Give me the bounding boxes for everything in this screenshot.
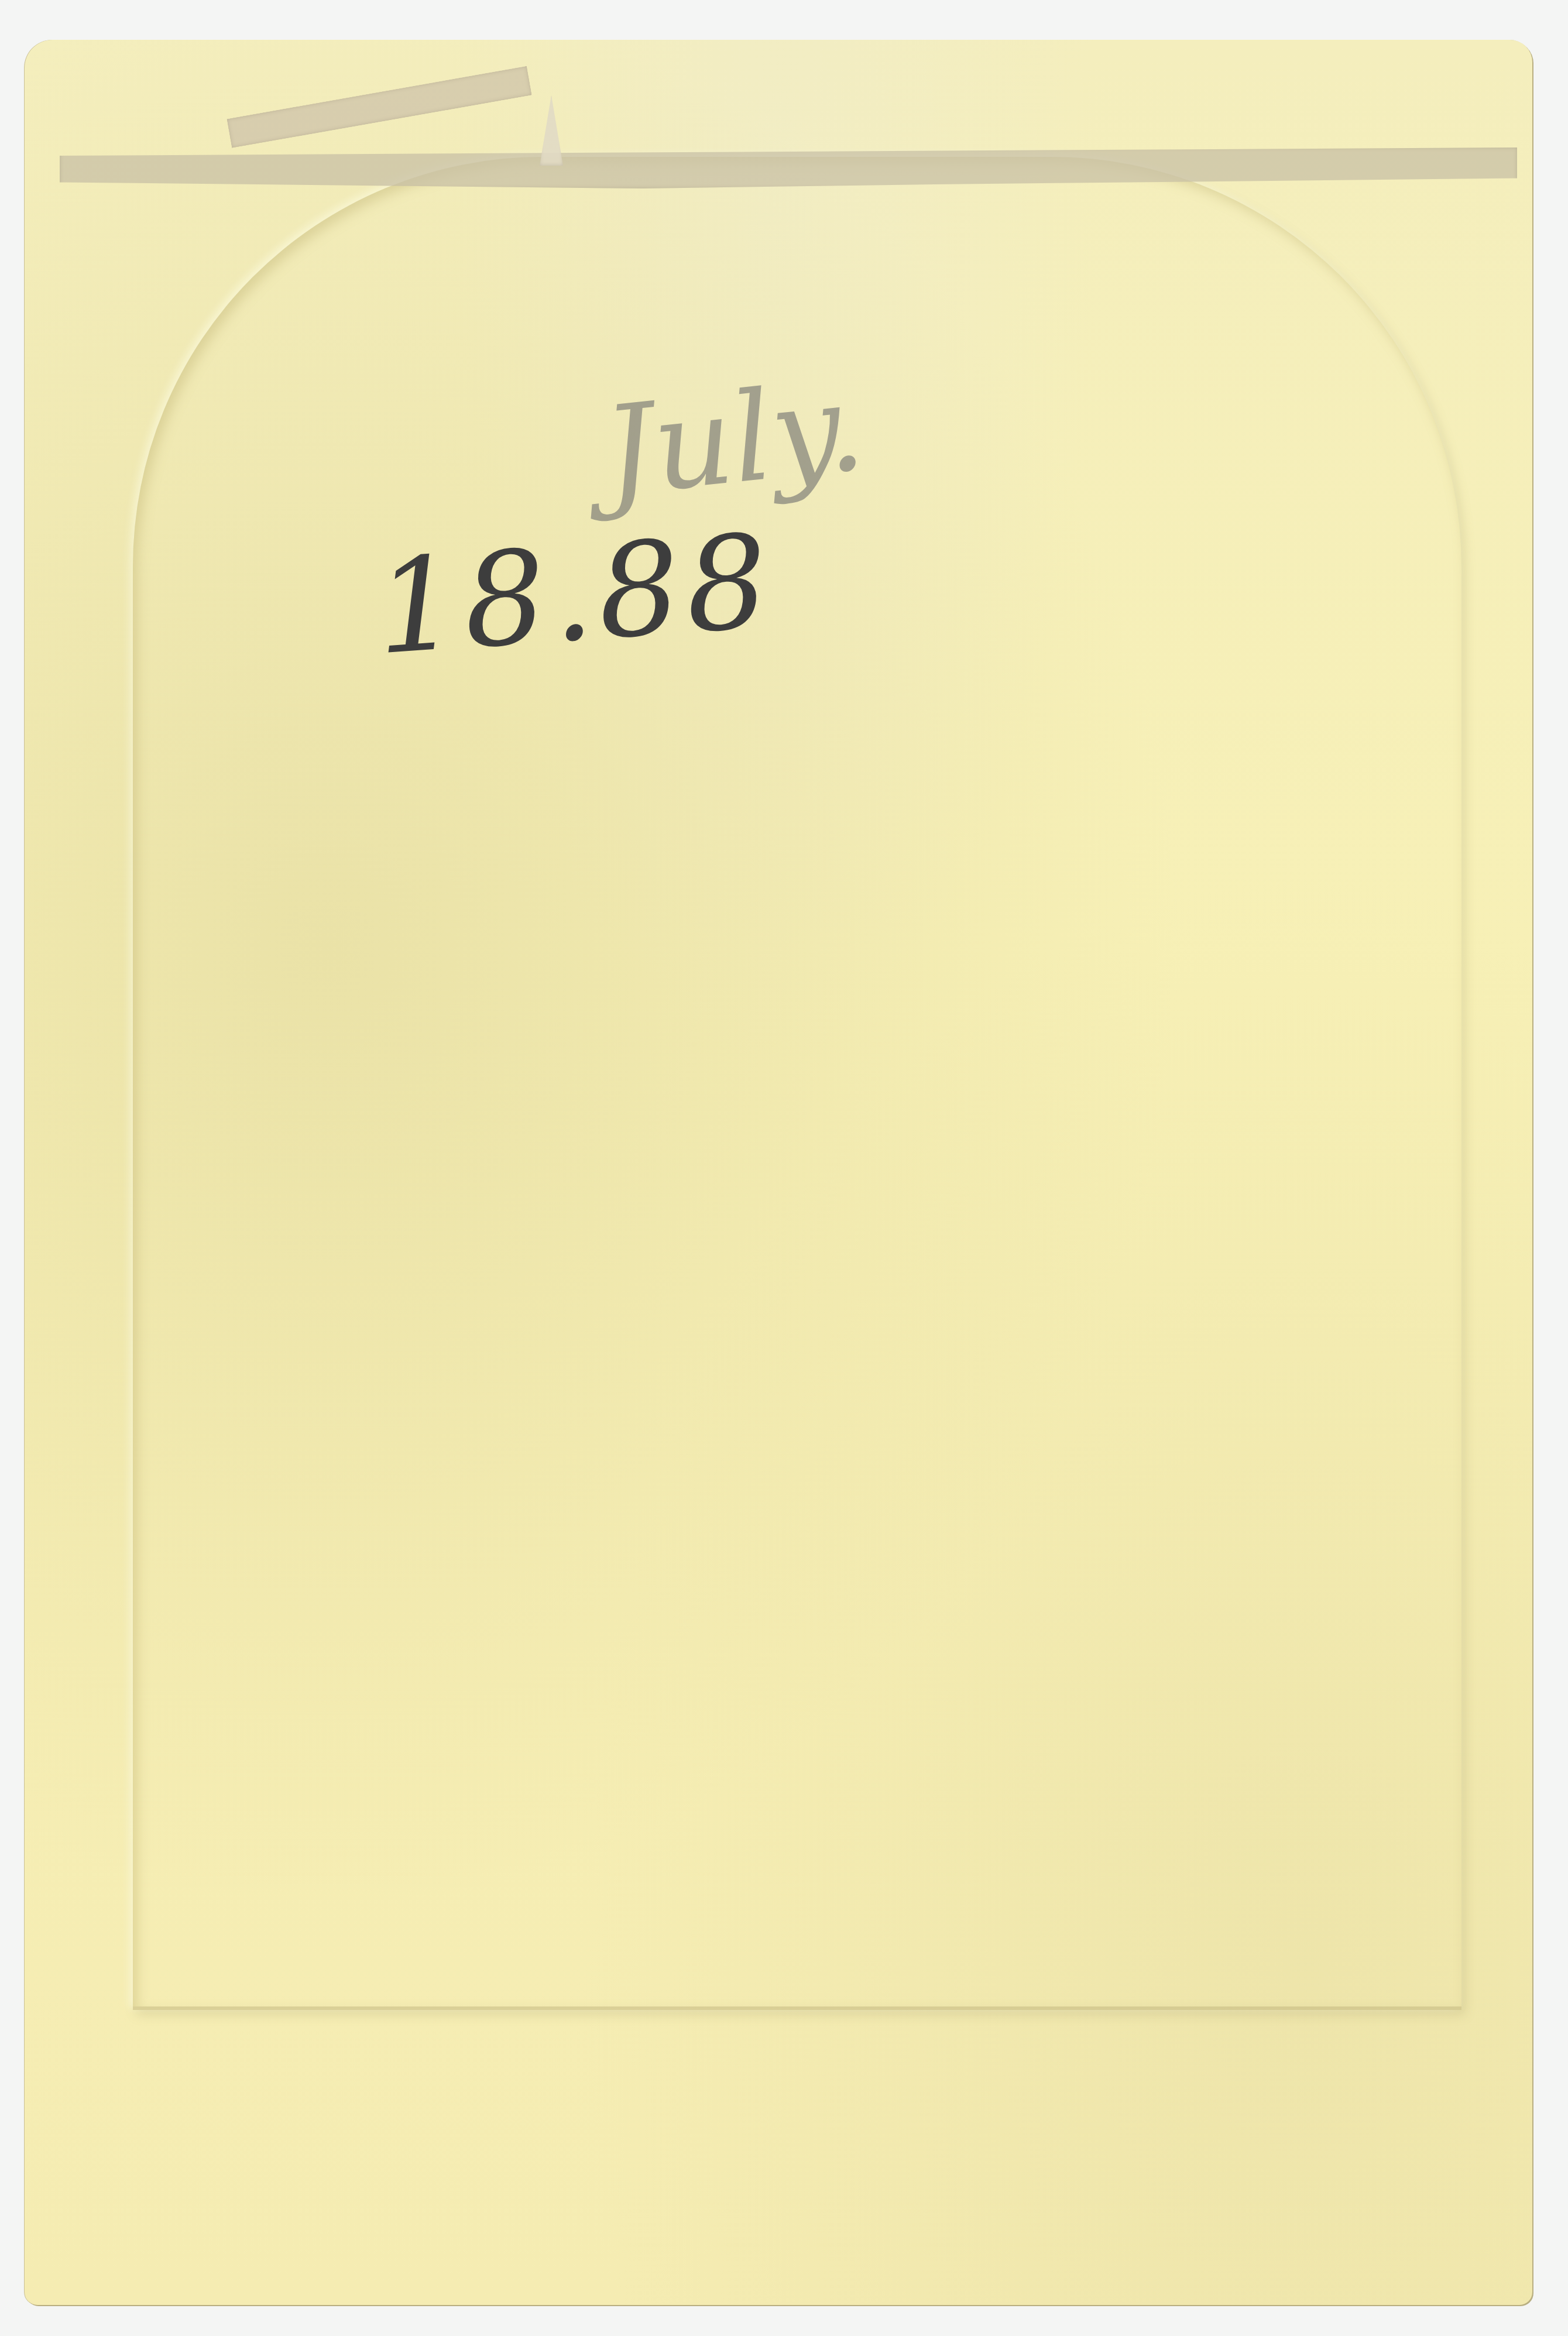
torn-tape-flap: [227, 66, 532, 148]
handwritten-month: July.: [597, 354, 870, 524]
handwritten-year: 18.88: [371, 506, 778, 684]
tape-tear-fragment: [540, 95, 563, 166]
adhesive-tape-strip: [60, 147, 1517, 188]
photo-card-back: July. 18.88: [25, 40, 1532, 2305]
